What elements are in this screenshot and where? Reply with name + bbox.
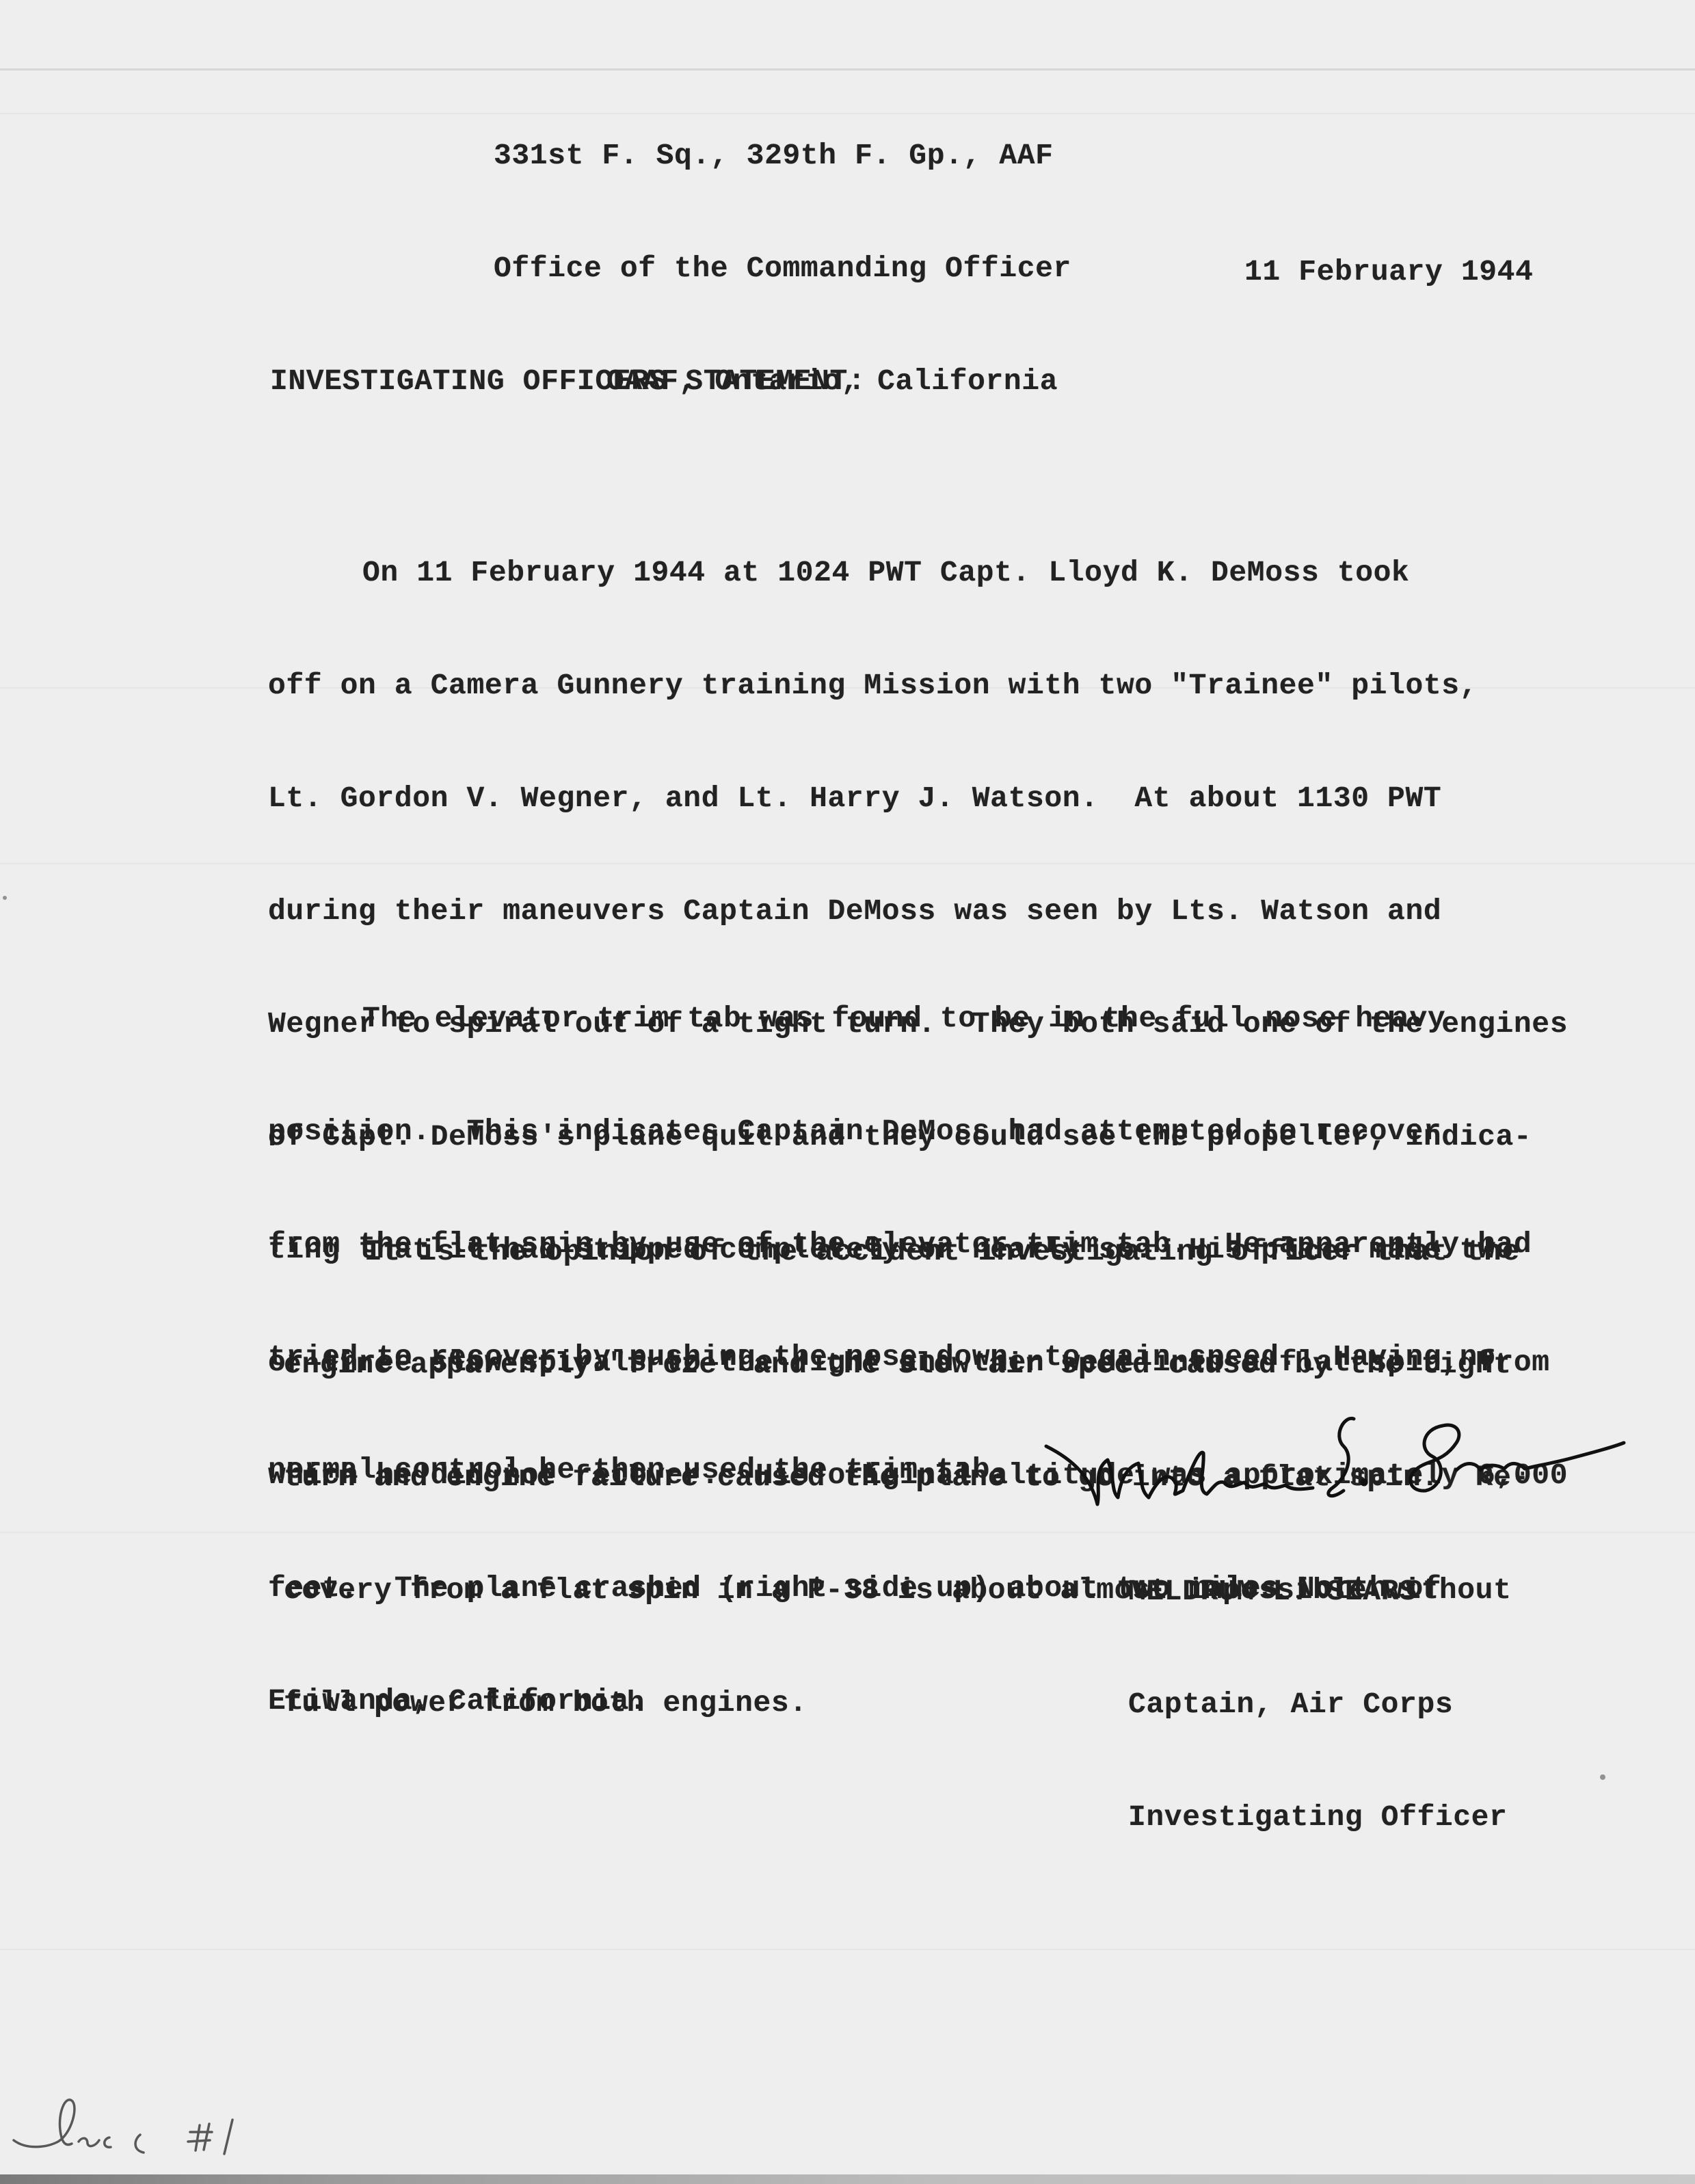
paper-bottom-edge (0, 2174, 1695, 2184)
paragraph-line: off on a Camera Gunnery training Mission… (268, 667, 1568, 704)
signer-name: MELDRUM L. SEARS (1128, 1573, 1508, 1610)
paper-speck (3, 896, 7, 900)
paragraph-line: position. This indicates Captain DeMoss … (268, 1113, 1532, 1150)
paragraph-line: engine apparently "froze" and the slow a… (284, 1346, 1530, 1383)
signer-rank: Captain, Air Corps (1128, 1686, 1508, 1723)
document-page: 331st F. Sq., 329th F. Gp., AAF Office o… (0, 0, 1695, 2184)
paragraph-line: Lt. Gordon V. Wegner, and Lt. Harry J. W… (268, 780, 1568, 817)
signature-block: MELDRUM L. SEARS Captain, Air Corps Inve… (1128, 1497, 1508, 1911)
paragraph-line: On 11 February 1944 at 1024 PWT Capt. Ll… (268, 554, 1568, 591)
paper-speck (1600, 1774, 1605, 1780)
document-heading: INVESTIGATING OFFICERS STATEMENT: (270, 362, 866, 400)
margin-note-text: Incl #1 (7, 2092, 10, 2093)
handwritten-margin-note: Incl #1 (7, 2092, 267, 2168)
letterhead-unit: 331st F. Sq., 329th F. Gp., AAF (494, 137, 1071, 174)
paragraph-line: It is the opinion of the accident invest… (284, 1233, 1530, 1270)
paragraph-line: The elevator trim tab was found to be in… (268, 1000, 1532, 1037)
signer-title: Investigating Officer (1128, 1798, 1508, 1836)
letterhead-office: Office of the Commanding Officer (494, 250, 1071, 287)
scan-line (0, 1949, 1695, 1950)
letterhead: 331st F. Sq., 329th F. Gp., AAF Office o… (494, 62, 1071, 475)
document-date: 11 February 1944 (1244, 253, 1533, 291)
